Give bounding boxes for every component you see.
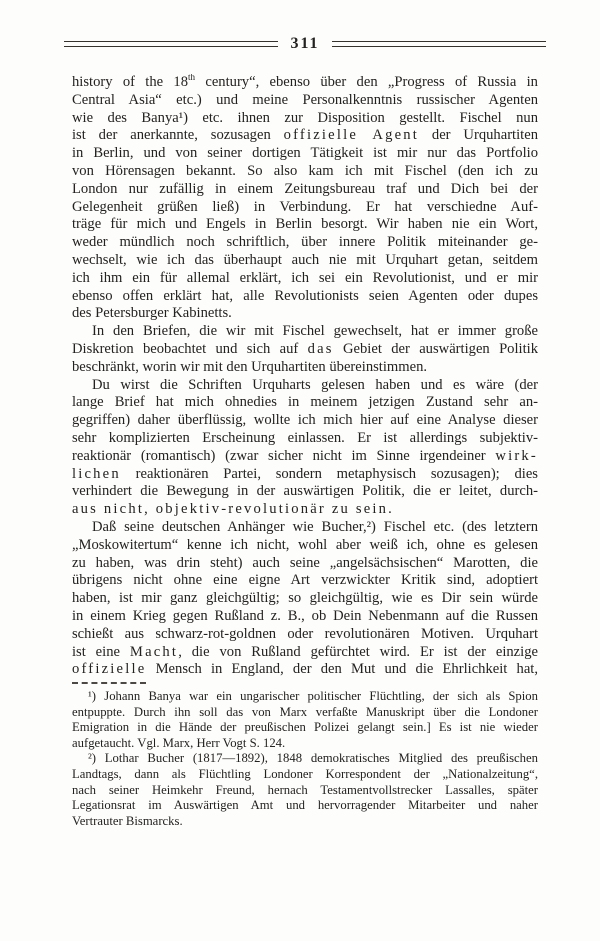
text-segment: das <box>308 341 334 357</box>
body-paragraph: Daß seine deutschen Anhänger wie Bucher,… <box>72 519 538 679</box>
text-segment: Du wirst die Schriften Urquharts gelesen… <box>92 377 538 393</box>
body-line: beschränkt, worin wir mit den Urquhartit… <box>72 359 538 377</box>
body-line: „Moskowitertum“ kenne ich nicht, wohl ab… <box>72 537 538 555</box>
text-segment: offizielle <box>72 661 146 677</box>
text-segment: zu haben, was drin steht) auch seine „an… <box>72 555 538 571</box>
body-line: zu haben, was drin steht) auch seine „an… <box>72 555 538 573</box>
text-segment: lange Brief hat mich ohnedies in meinem … <box>72 394 538 410</box>
body-line: verhindert die Bewegung in der auswärtig… <box>72 483 538 501</box>
body-line: von Hörensagen bekannt. So also kam ich … <box>72 163 538 181</box>
text-segment: Central Asia“ etc.) und meine Personalke… <box>72 92 538 108</box>
text-segment: century“, ebenso über den „Progress of R… <box>195 74 538 90</box>
body-line: aus nicht, objektiv-revolutionär zu sein… <box>72 501 538 519</box>
text-segment: th <box>188 74 195 82</box>
body-line: wie des Banya¹) etc. ihnen zur Dispositi… <box>72 110 538 128</box>
footnote-line: nach seiner Heimkehr Freund, hernach Tes… <box>72 783 538 799</box>
text-segment: history of the 18 <box>72 74 188 90</box>
body-line: Central Asia“ etc.) und meine Personalke… <box>72 92 538 110</box>
body-line: ist eine Macht, die von Rußland gefürcht… <box>72 644 538 662</box>
text-segment: ich ihm ein für allemal erklärt, ich sei… <box>72 270 538 286</box>
body-line: ich ihm ein für allemal erklärt, ich sei… <box>72 270 538 288</box>
text-segment: sehr komplizierten Erscheinung einlassen… <box>72 430 538 446</box>
body-line: in Berlin, und von seiner dortigen Tätig… <box>72 145 538 163</box>
text-segment: weder mündlich noch schriftlich, über in… <box>72 234 538 250</box>
header-rule-left <box>64 41 278 47</box>
body-line: des Petersburger Kabinetts. <box>72 305 538 323</box>
body-line: Du wirst die Schriften Urquharts gelesen… <box>72 377 538 395</box>
footnote-line: Emigration in die Hände der preußischen … <box>72 720 538 736</box>
footnote-line: entpuppte. Durch ihn soll das von Marx v… <box>72 705 538 721</box>
text-segment: reaktionären Partei, sondern metaphysisc… <box>121 466 538 482</box>
footnote-line: Vertrauter Bismarcks. <box>72 814 538 830</box>
text-segment: Macht <box>130 644 178 660</box>
footnote-line: ¹) Johann Banya war ein ungarischer poli… <box>72 689 538 705</box>
footnotes: ¹) Johann Banya war ein ungarischer poli… <box>72 689 538 829</box>
text-segment: In den Briefen, die wir mit Fischel gewe… <box>92 323 538 339</box>
text-segment: ebenso offen erklärt hat, alle Revolutio… <box>72 288 538 304</box>
body-line: schießt aus schwarz-rot-goldnen oder rev… <box>72 626 538 644</box>
body-line: haben, ist mir ganz gleichgültig; so gle… <box>72 590 538 608</box>
text-segment: „Moskowitertum“ kenne ich nicht, wohl ab… <box>72 537 538 553</box>
body-paragraph: In den Briefen, die wir mit Fischel gewe… <box>72 323 538 376</box>
body-line: wechselt, wie ich das überhaupt auch nie… <box>72 252 538 270</box>
body-line: lichen reaktionären Partei, sondern meta… <box>72 466 538 484</box>
text-segment: von Hörensagen bekannt. So also kam ich … <box>72 163 538 179</box>
text-segment: offizielle Agent <box>284 127 419 143</box>
body-line: übrigens nicht ohne eine eigne Art verzw… <box>72 572 538 590</box>
footnote-paragraph: ¹) Johann Banya war ein ungarischer poli… <box>72 689 538 751</box>
body-paragraph: history of the 18th century“, ebenso übe… <box>72 74 538 323</box>
body-line: history of the 18th century“, ebenso übe… <box>72 74 538 92</box>
body-line: lange Brief hat mich ohnedies in meinem … <box>72 394 538 412</box>
body-paragraph: Du wirst die Schriften Urquharts gelesen… <box>72 377 538 519</box>
text-segment: haben, ist mir ganz gleichgültig; so gle… <box>72 590 538 606</box>
body-line: Gelegenheit grüßen ließ) in Verbindung. … <box>72 199 538 217</box>
footnote-line: Landtags, dann als Flüchtling Londoner K… <box>72 767 538 783</box>
text-segment: Diskretion beobachtet und sich auf <box>72 341 308 357</box>
page-number: 311 <box>278 36 331 52</box>
body-line: offizielle Mensch in England, der den Mu… <box>72 661 538 679</box>
book-page: 311 history of the 18th century“, ebenso… <box>0 0 600 941</box>
body-line: Daß seine deutschen Anhänger wie Bucher,… <box>72 519 538 537</box>
text-segment: ist der anerkannte, sozusagen <box>72 127 284 143</box>
text-segment: Vertrauter Bismarcks. <box>72 814 183 828</box>
footnote-separator <box>72 682 146 684</box>
footnote-line: Legationsrat im Auswärtigen Amt und herv… <box>72 798 538 814</box>
text-segment: aus nicht, objektiv-revolutionär zu sein… <box>72 501 394 517</box>
text-segment: nach seiner Heimkehr Freund, hernach Tes… <box>72 783 538 797</box>
text-segment: in Berlin, und von seiner dortigen Tätig… <box>72 145 538 161</box>
body-line: Diskretion beobachtet und sich auf das G… <box>72 341 538 359</box>
text-segment: entpuppte. Durch ihn soll das von Marx v… <box>72 705 538 719</box>
text-segment: in einem Krieg gegen Rußland z. B., ob D… <box>72 608 538 624</box>
body-line: ist der anerkannte, sozusagen offizielle… <box>72 127 538 145</box>
text-segment: verhindert die Bewegung in der auswärtig… <box>72 483 538 499</box>
body-line: sehr komplizierten Erscheinung einlassen… <box>72 430 538 448</box>
text-segment: wie des Banya¹) etc. ihnen zur Dispositi… <box>72 110 538 126</box>
text-segment: Landtags, dann als Flüchtling Londoner K… <box>72 767 538 781</box>
page-content: 311 history of the 18th century“, ebenso… <box>72 36 538 829</box>
text-segment: wirk- <box>495 448 538 464</box>
text-segment: ist eine <box>72 644 130 660</box>
body-line: reaktionär (romantisch) (zwar sicher nic… <box>72 448 538 466</box>
text-segment: der Urquhartiten <box>419 127 538 143</box>
footnote-paragraph: ²) Lothar Bucher (1817—1892), 1848 demok… <box>72 751 538 829</box>
body-line: weder mündlich noch schriftlich, über in… <box>72 234 538 252</box>
body-line: träge für mich und Engels in Berlin beso… <box>72 216 538 234</box>
footnote-line: aufgetaucht. Vgl. Marx, Herr Vogt S. 124… <box>72 736 538 752</box>
text-segment: träge für mich und Engels in Berlin beso… <box>72 216 538 232</box>
text-segment: ¹) Johann Banya war ein ungarischer poli… <box>88 689 538 703</box>
body-line: gegriffen) daher überflüssig, wollte ich… <box>72 412 538 430</box>
text-segment: Mensch in England, der den Mut und die E… <box>146 661 538 677</box>
text-segment: ²) Lothar Bucher (1817—1892), 1848 demok… <box>88 751 538 765</box>
text-segment: Emigration in die Hände der preußischen … <box>72 720 538 734</box>
body-line: In den Briefen, die wir mit Fischel gewe… <box>72 323 538 341</box>
text-segment: Gebiet der auswärtigen Politik <box>334 341 538 357</box>
text-segment: wechselt, wie ich das überhaupt auch nie… <box>72 252 538 268</box>
text-segment: des Petersburger Kabinetts. <box>72 305 232 321</box>
text-segment: Gelegenheit grüßen ließ) in Verbindung. … <box>72 199 538 215</box>
footnote-line: ²) Lothar Bucher (1817—1892), 1848 demok… <box>72 751 538 767</box>
body-line: ebenso offen erklärt hat, alle Revolutio… <box>72 288 538 306</box>
header-rule-right <box>332 41 546 47</box>
text-segment: schießt aus schwarz-rot-goldnen oder rev… <box>72 626 538 642</box>
text-segment: reaktionär (romantisch) (zwar sicher nic… <box>72 448 495 464</box>
text-segment: , die von Rußland gefürchtet wird. Er is… <box>178 644 538 660</box>
body-line: in einem Krieg gegen Rußland z. B., ob D… <box>72 608 538 626</box>
text-segment: gegriffen) daher überflüssig, wollte ich… <box>72 412 538 428</box>
text-segment: Legationsrat im Auswärtigen Amt und herv… <box>72 798 538 812</box>
body-line: London nur zufällig in einem Zeitungsbur… <box>72 181 538 199</box>
text-segment: Daß seine deutschen Anhänger wie Bucher,… <box>92 519 538 535</box>
text-segment: beschränkt, worin wir mit den Urquhartit… <box>72 359 427 375</box>
text-segment: aufgetaucht. Vgl. Marx, Herr Vogt S. 124… <box>72 736 285 750</box>
text-segment: übrigens nicht ohne eine eigne Art verzw… <box>72 572 538 588</box>
text-segment: lichen <box>72 466 121 482</box>
text-segment: London nur zufällig in einem Zeitungsbur… <box>72 181 538 197</box>
body-text: history of the 18th century“, ebenso übe… <box>72 74 538 679</box>
page-header: 311 <box>64 36 546 52</box>
